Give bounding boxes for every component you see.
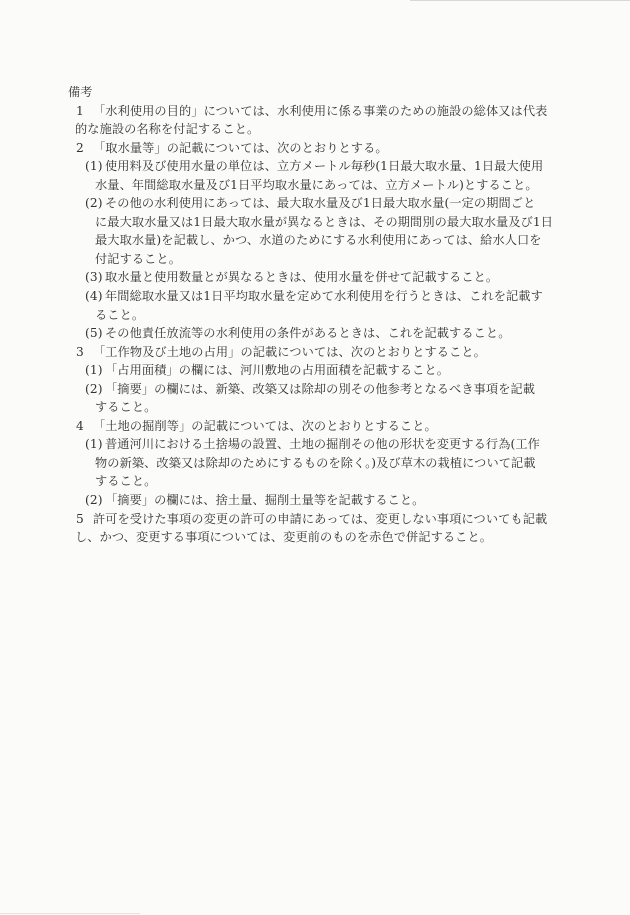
line-text: 「摘要」の欄には、新築、改築又は除却の別その他参考となるべき事項を記載: [105, 382, 535, 396]
line-text: すること。: [95, 400, 156, 414]
line-text: 物の新築、改築又は除却のためにするものを除く。)及び草木の栽植について記載: [95, 456, 536, 470]
document-line: 1「水利使用の目的」については、水利使用に係る事業のための施設の総体又は代表: [0, 102, 630, 121]
document-line: ること。: [0, 306, 630, 325]
item-number: (2): [85, 491, 105, 510]
line-text: その他の水利使用にあっては、最大取水量及び1日最大取水量(一定の期間ごと: [105, 196, 535, 210]
document-line: すること。: [0, 398, 630, 417]
line-text: ること。: [95, 308, 144, 322]
document-line: 付記すること。: [0, 250, 630, 269]
document-line: (5)その他責任放流等の水利使用の条件があるときは、これを記載すること。: [0, 324, 630, 343]
document-line: 5許可を受けた事項の変更の許可の申請にあっては、変更しない事項についても記載: [0, 510, 630, 529]
line-text: 許可を受けた事項の変更の許可の申請にあっては、変更しない事項についても記載: [93, 512, 547, 526]
line-text: 取水量と使用数量とが異なるときは、使用水量を併せて記載すること。: [105, 270, 498, 284]
line-text: 的な施設の名称を付記すること。: [75, 122, 259, 136]
document-line: に最大取水量又は1日最大取水量が異なるときは、その期間別の最大取水量及び1日: [0, 213, 630, 232]
scan-artifact-bottom: [0, 913, 140, 914]
line-text: 「工作物及び土地の占用」の記載については、次のとおりとすること。: [93, 345, 486, 359]
document-line: 4「土地の掘削等」の記載については、次のとおりとすること。: [0, 417, 630, 436]
line-text: 「占用面積」の欄には、河川敷地の占用面積を記載すること。: [105, 363, 449, 377]
document-line: (2)その他の水利使用にあっては、最大取水量及び1日最大取水量(一定の期間ごと: [0, 194, 630, 213]
line-text: 「摘要」の欄には、捨土量、掘削土量等を記載すること。: [105, 493, 424, 507]
item-number: (2): [85, 380, 105, 399]
document-body: 1「水利使用の目的」については、水利使用に係る事業のための施設の総体又は代表的な…: [0, 102, 630, 547]
line-text: 普通河川における土捨場の設置、土地の掘削その他の形状を変更する行為(工作: [105, 437, 540, 451]
line-text: 「土地の掘削等」の記載については、次のとおりとすること。: [93, 419, 437, 433]
item-number: 3: [76, 343, 93, 362]
item-number: (3): [85, 268, 105, 287]
document-line: (4)年間総取水量又は1日平均取水量を定めて水利使用を行うときは、これを記載す: [0, 287, 630, 306]
document-page: 備考 1「水利使用の目的」については、水利使用に係る事業のための施設の総体又は代…: [0, 0, 630, 915]
document-line: 物の新築、改築又は除却のためにするものを除く。)及び草木の栽植について記載: [0, 454, 630, 473]
line-text: 最大取水量)を記載し、かつ、水道のためにする水利使用にあっては、給水人口を: [95, 233, 542, 247]
line-text: すること。: [95, 474, 156, 488]
line-text: 付記すること。: [95, 252, 181, 266]
item-number: (4): [85, 287, 105, 306]
item-number: (2): [85, 194, 105, 213]
document-line: 水量、年間総取水量及び1日平均取水量にあっては、立方メートル)とすること。: [0, 176, 630, 195]
document-line: 最大取水量)を記載し、かつ、水道のためにする水利使用にあっては、給水人口を: [0, 231, 630, 250]
line-text: 「水利使用の目的」については、水利使用に係る事業のための施設の総体又は代表: [93, 104, 547, 118]
document-line: 的な施設の名称を付記すること。: [0, 120, 630, 139]
line-text: に最大取水量又は1日最大取水量が異なるときは、その期間別の最大取水量及び1日: [95, 215, 553, 229]
remarks-section: 備考 1「水利使用の目的」については、水利使用に係る事業のための施設の総体又は代…: [0, 83, 630, 547]
document-line: し、かつ、変更する事項については、変更前のものを赤色で併記すること。: [0, 528, 630, 547]
document-line: (3)取水量と使用数量とが異なるときは、使用水量を併せて記載すること。: [0, 268, 630, 287]
item-number: 4: [76, 417, 93, 436]
remarks-heading: 備考: [0, 83, 630, 102]
line-text: 「取水量等」の記載については、次のとおりとする。: [93, 141, 388, 155]
document-line: (1)「占用面積」の欄には、河川敷地の占用面積を記載すること。: [0, 361, 630, 380]
item-number: 5: [76, 510, 93, 529]
scan-artifact-top: [410, 0, 630, 1]
document-line: 3「工作物及び土地の占用」の記載については、次のとおりとすること。: [0, 343, 630, 362]
line-text: 使用料及び使用水量の単位は、立方メートル毎秒(1日最大取水量、1日最大使用: [105, 159, 543, 173]
document-line: すること。: [0, 472, 630, 491]
item-number: (1): [85, 157, 105, 176]
line-text: その他責任放流等の水利使用の条件があるときは、これを記載すること。: [105, 326, 511, 340]
item-number: 1: [76, 102, 93, 121]
item-number: 2: [76, 139, 93, 158]
document-line: (1)使用料及び使用水量の単位は、立方メートル毎秒(1日最大取水量、1日最大使用: [0, 157, 630, 176]
line-text: 年間総取水量又は1日平均取水量を定めて水利使用を行うときは、これを記載す: [105, 289, 543, 303]
item-number: (5): [85, 324, 105, 343]
item-number: (1): [85, 435, 105, 454]
item-number: (1): [85, 361, 105, 380]
document-line: (2)「摘要」の欄には、新築、改築又は除却の別その他参考となるべき事項を記載: [0, 380, 630, 399]
line-text: し、かつ、変更する事項については、変更前のものを赤色で併記すること。: [75, 530, 492, 544]
line-text: 水量、年間総取水量及び1日平均取水量にあっては、立方メートル)とすること。: [95, 178, 538, 192]
document-line: 2「取水量等」の記載については、次のとおりとする。: [0, 139, 630, 158]
document-line: (2)「摘要」の欄には、捨土量、掘削土量等を記載すること。: [0, 491, 630, 510]
document-line: (1)普通河川における土捨場の設置、土地の掘削その他の形状を変更する行為(工作: [0, 435, 630, 454]
